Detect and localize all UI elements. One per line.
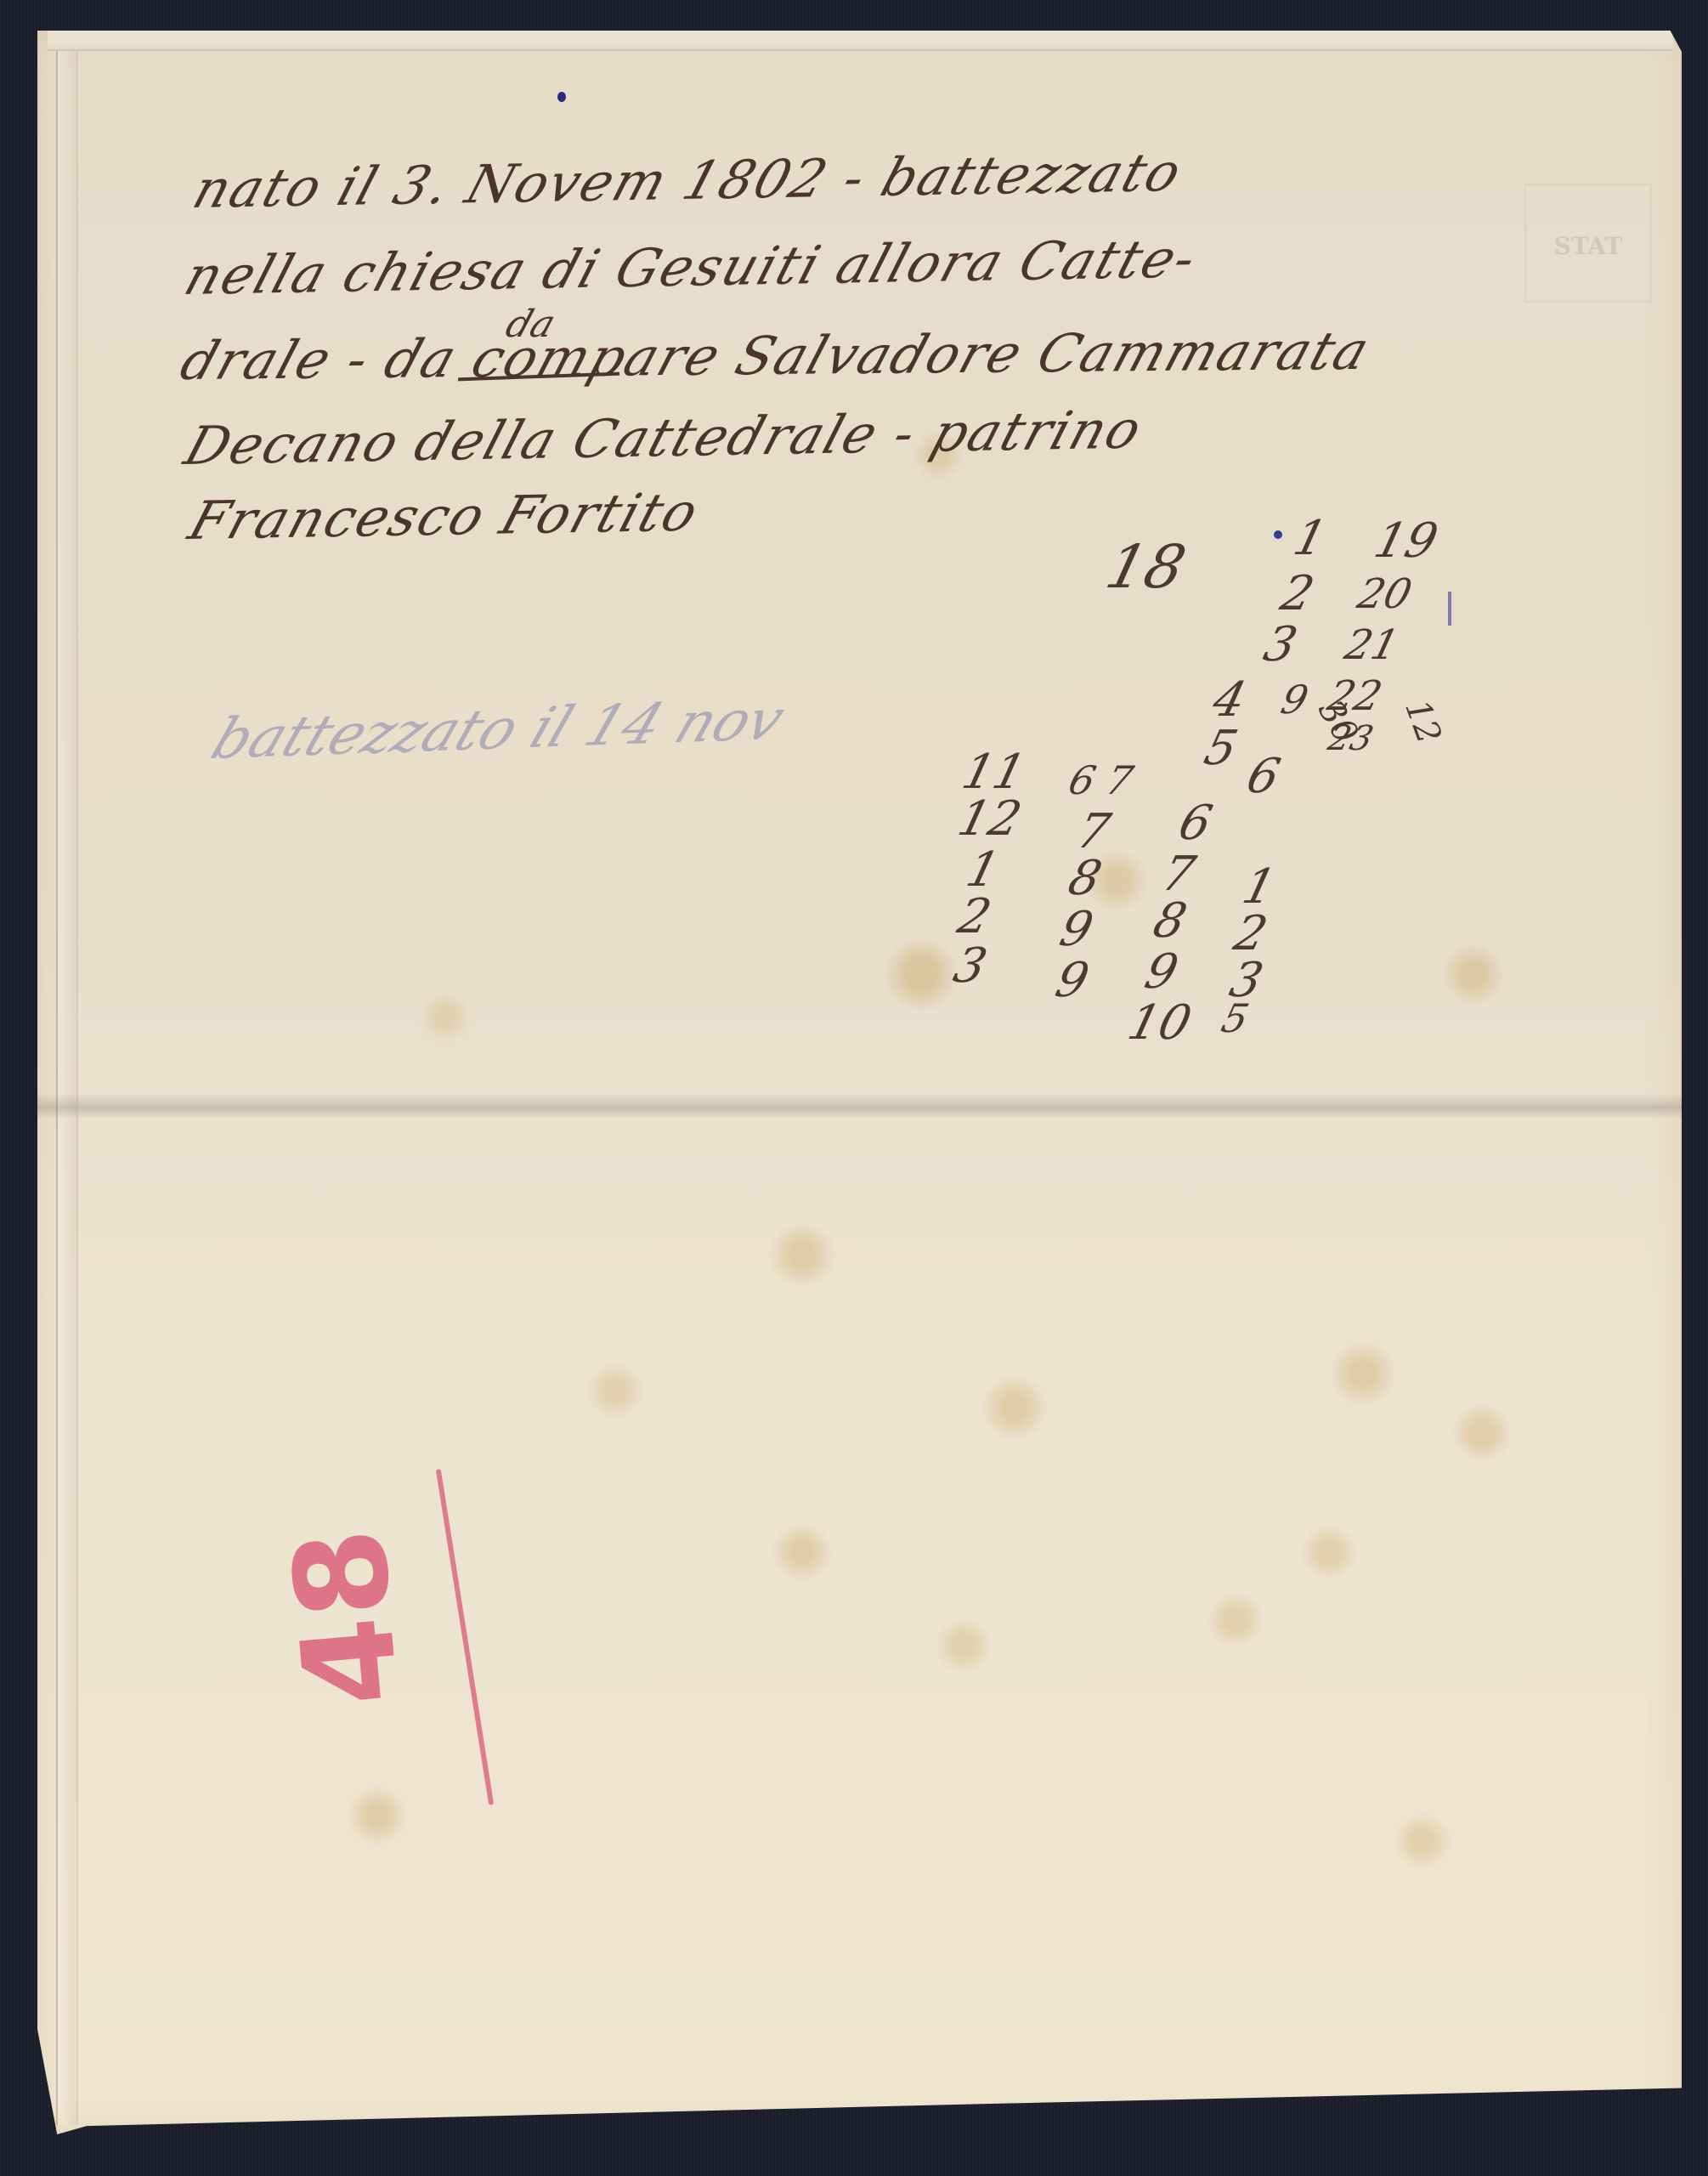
calc-header: 18 [1100, 532, 1193, 602]
calc-col2-val: 9 [1055, 902, 1099, 957]
blue-ink-streak [1448, 592, 1451, 626]
horizontal-crease [37, 1093, 1682, 1119]
calc-col5-val: 19 [1369, 513, 1443, 569]
calc-col3-val: 8 [1148, 893, 1192, 949]
handwritten-line-4: Decano della Cattedrale - patrino [178, 399, 1151, 477]
page-top-fold [48, 31, 1673, 51]
calc-col3-val: 9 [1140, 944, 1184, 1000]
calc-col3-val: 5 [1199, 721, 1243, 776]
calc-col5-val: 12 [1397, 694, 1449, 749]
calc-col2-val: 6 7 [1064, 757, 1138, 803]
calc-col1-val: 12 [953, 791, 1026, 847]
calc-col5-val: 20 [1353, 570, 1417, 618]
calc-col3-val: 4 [1207, 672, 1252, 728]
calc-col5-val: 21 [1340, 621, 1404, 669]
calc-col4-val: 3 [1258, 617, 1303, 672]
blue-ink-speck [557, 92, 566, 102]
handwritten-line-2: nella chiesa di Gesuiti allora Catte- [178, 227, 1205, 307]
faded-stamp-watermark: STAT [1524, 184, 1652, 303]
calc-col3-val: 6 [1174, 796, 1218, 851]
calc-col4-val: 6 [1241, 749, 1286, 804]
calc-col4-val: 5 [1217, 995, 1253, 1041]
blue-ink-speck [1274, 530, 1282, 539]
calc-col2-val: 9 [1050, 953, 1094, 1008]
calc-col4-val: 2 [1275, 566, 1320, 621]
calc-col3-val: 10 [1123, 995, 1196, 1051]
calc-col1-val: 2 [953, 889, 997, 944]
calc-col1-val: 3 [948, 938, 993, 994]
red-crayon-stroke [436, 1469, 494, 1805]
handwritten-line-3: drale - da compare Salvadore Cammarata [173, 320, 1378, 392]
manuscript-page: STAT nato il 3. Novem 1802 - battezzato … [37, 31, 1682, 2134]
calc-col4-val: 1 [1288, 511, 1332, 566]
page-left-fold [56, 51, 78, 2125]
calc-col2-val: 8 [1063, 851, 1107, 906]
pencil-note: battezzato il 14 nov [203, 687, 794, 772]
handwritten-line-5: Francesco Fortito [182, 481, 707, 552]
handwritten-line-1: nato il 3. Novem 1802 - battezzato [186, 141, 1191, 220]
red-crayon-number: 48 [266, 1522, 429, 1712]
calc-col4-val: 9 [1276, 677, 1313, 722]
